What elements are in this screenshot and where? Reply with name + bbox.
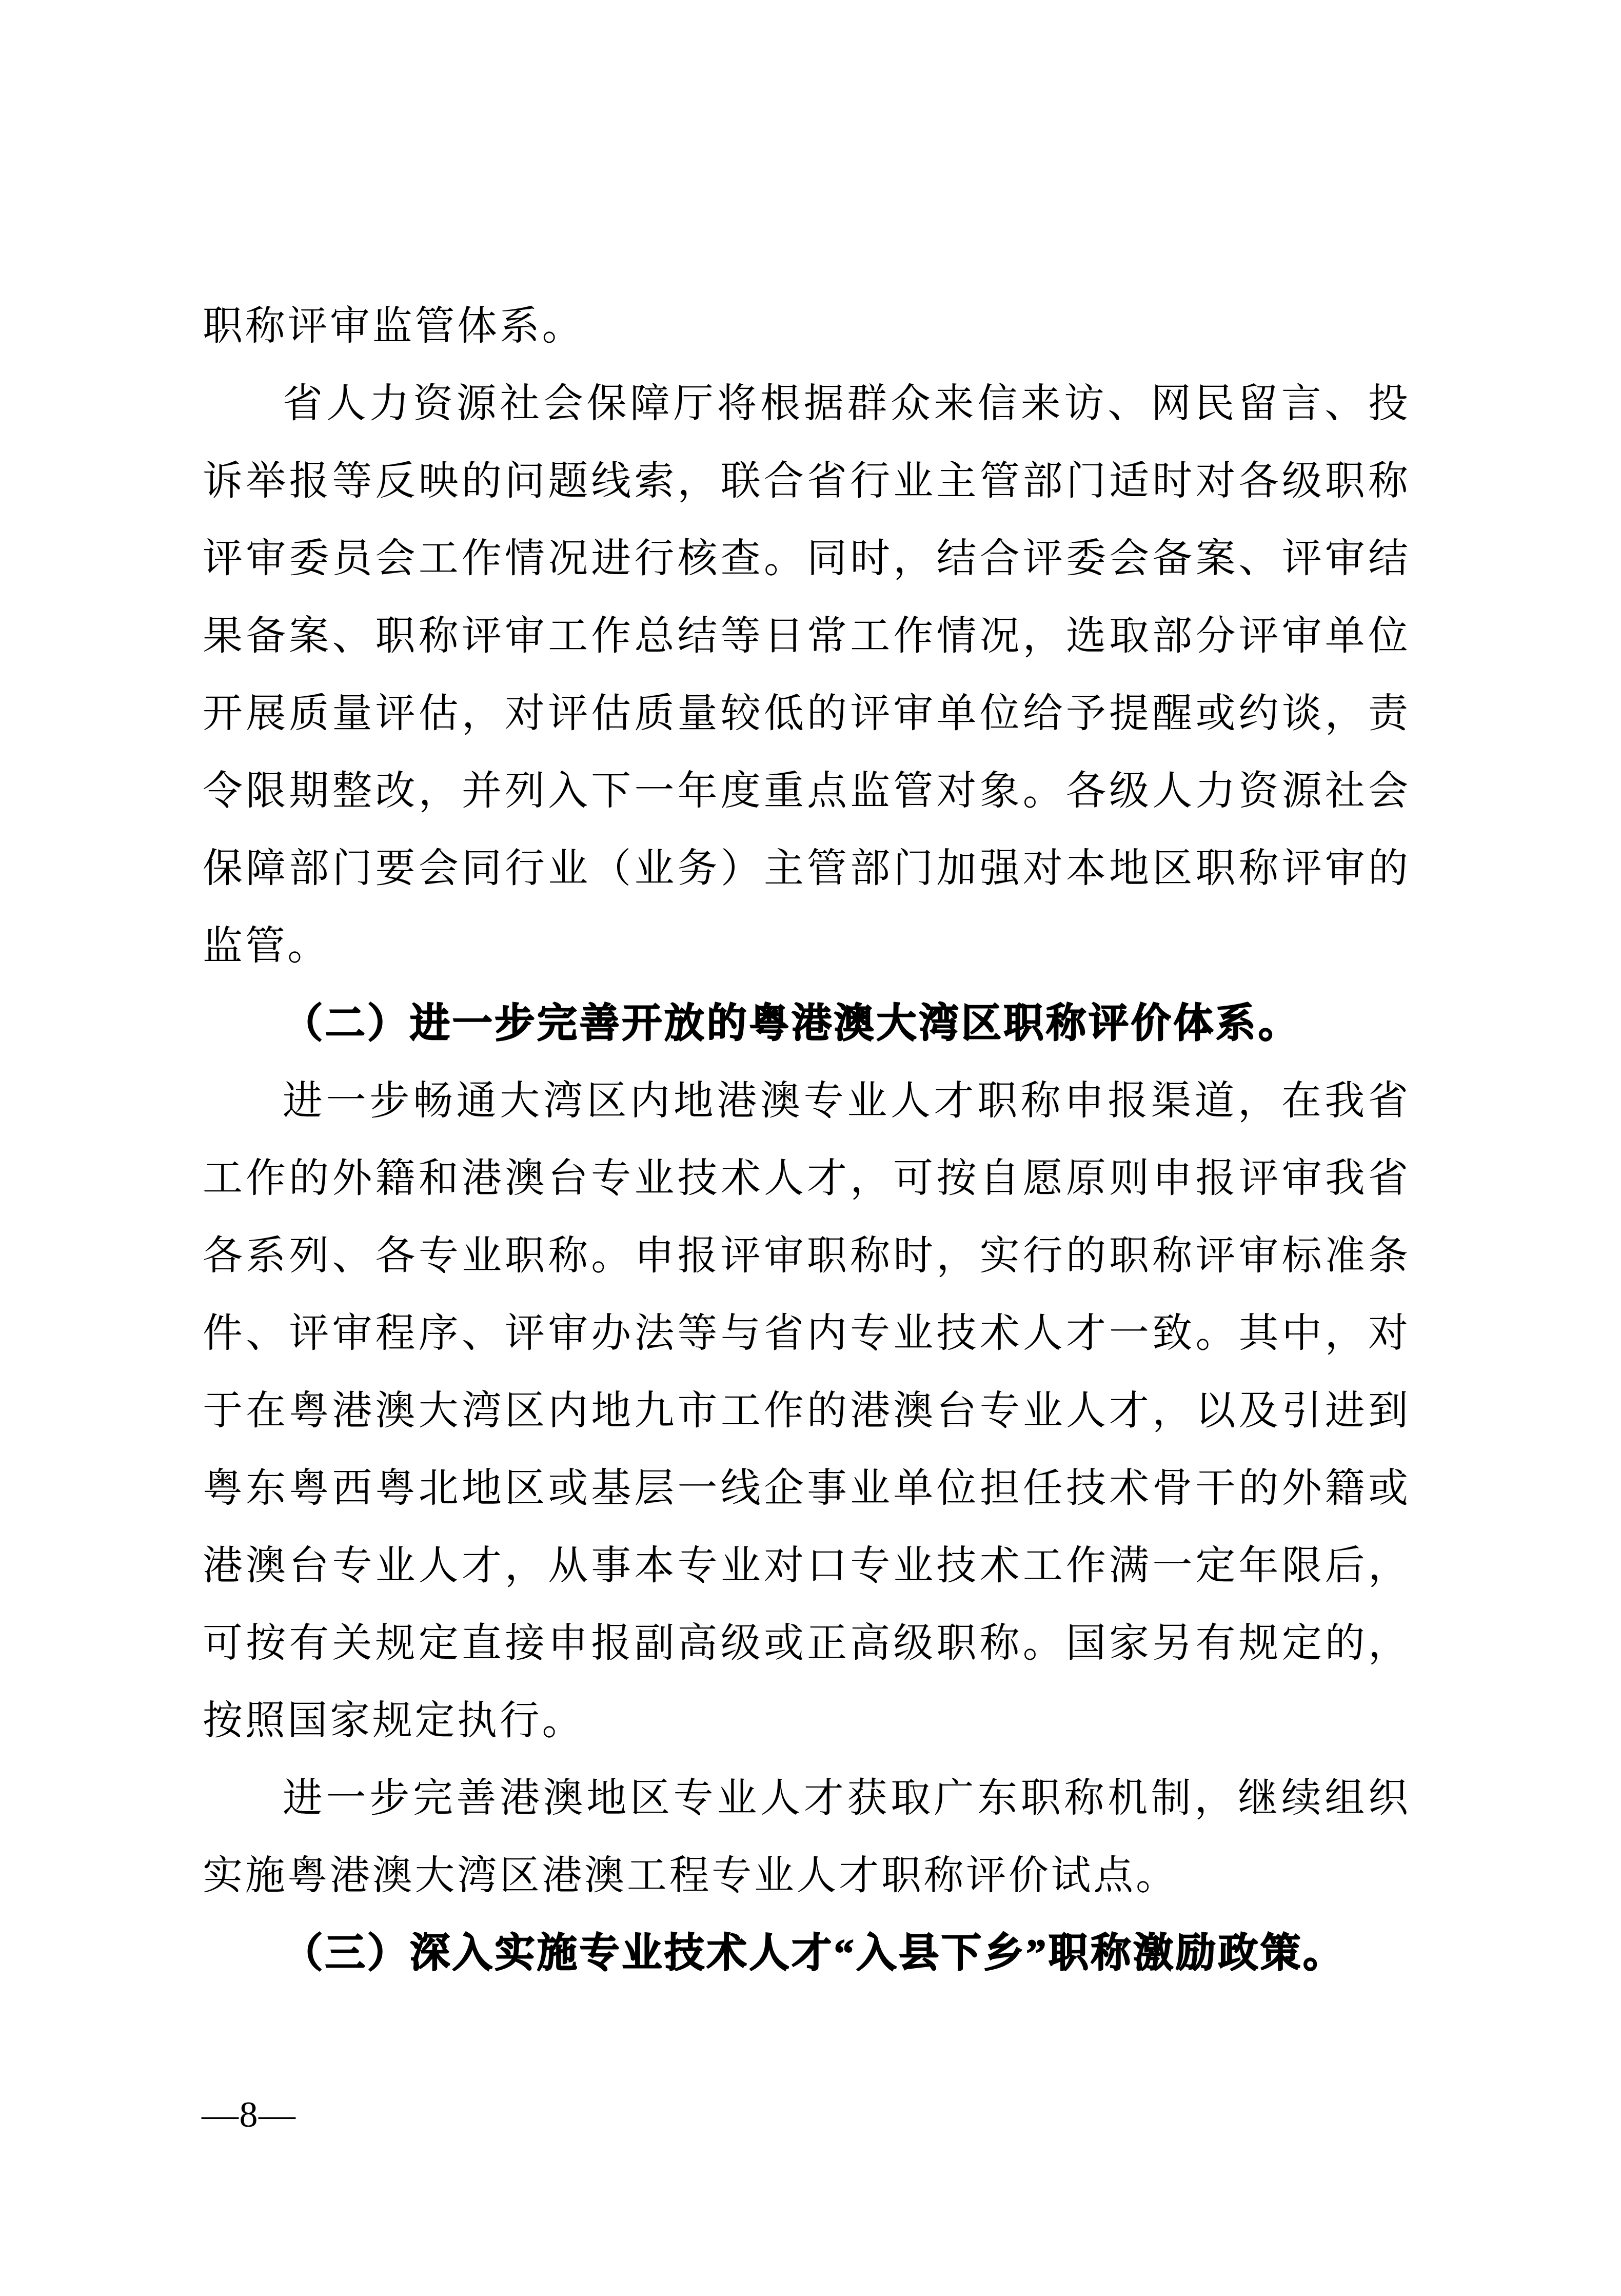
document-page: 职称评审监管体系。省人力资源社会保障厅将根据群众来信来访、网民留言、投诉举报等反… [0, 0, 1621, 2296]
paragraph: 进一步畅通大湾区内地港澳专业人才职称申报渠道，在我省工作的外籍和港澳台专业技术人… [203, 1062, 1408, 1759]
page-footer: —8— [202, 2092, 296, 2136]
text-line: 省人力资源社会保障厅将根据群众来信来访、网民留言、投 [203, 365, 1408, 442]
page-number: —8— [202, 2094, 296, 2135]
text-line: 港澳台专业人才，从事本专业对口专业技术工作满一定年限后， [203, 1527, 1408, 1604]
paragraph: 省人力资源社会保障厅将根据群众来信来访、网民留言、投诉举报等反映的问题线索，联合… [203, 365, 1408, 985]
text-line: 果备案、职称评审工作总结等日常工作情况，选取部分评审单位 [203, 597, 1408, 675]
text-line: （二）进一步完善开放的粤港澳大湾区职称评价体系。 [203, 985, 1408, 1062]
text-line: 实施粤港澳大湾区港澳工程专业人才职称评价试点。 [203, 1837, 1408, 1914]
text-line: 令限期整改，并列入下一年度重点监管对象。各级人力资源社会 [203, 752, 1408, 830]
text-line: 于在粤港澳大湾区内地九市工作的港澳台专业人才，以及引进到 [203, 1372, 1408, 1449]
text-line: （三）深入实施专业技术人才“入县下乡”职称激励政策。 [203, 1914, 1408, 1992]
text-line: 进一步完善港澳地区专业人才获取广东职称机制，继续组织 [203, 1759, 1408, 1837]
section-heading: （三）深入实施专业技术人才“入县下乡”职称激励政策。 [203, 1914, 1408, 1992]
text-line: 评审委员会工作情况进行核查。同时，结合评委会备案、评审结 [203, 520, 1408, 597]
text-line: 诉举报等反映的问题线索，联合省行业主管部门适时对各级职称 [203, 442, 1408, 520]
text-line: 职称评审监管体系。 [203, 287, 1408, 365]
text-line: 各系列、各专业职称。申报评审职称时，实行的职称评审标准条 [203, 1217, 1408, 1294]
paragraph: 进一步完善港澳地区专业人才获取广东职称机制，继续组织实施粤港澳大湾区港澳工程专业… [203, 1759, 1408, 1914]
text-line: 工作的外籍和港澳台专业技术人才，可按自愿原则申报评审我省 [203, 1140, 1408, 1217]
text-line: 保障部门要会同行业（业务）主管部门加强对本地区职称评审的 [203, 830, 1408, 907]
text-line: 监管。 [203, 907, 1408, 985]
section-heading: （二）进一步完善开放的粤港澳大湾区职称评价体系。 [203, 985, 1408, 1062]
text-line: 按照国家规定执行。 [203, 1682, 1408, 1759]
text-line: 件、评审程序、评审办法等与省内专业技术人才一致。其中，对 [203, 1294, 1408, 1372]
document-body: 职称评审监管体系。省人力资源社会保障厅将根据群众来信来访、网民留言、投诉举报等反… [203, 287, 1408, 1992]
text-line: 开展质量评估，对评估质量较低的评审单位给予提醒或约谈，责 [203, 675, 1408, 752]
text-line: 粤东粤西粤北地区或基层一线企事业单位担任技术骨干的外籍或 [203, 1449, 1408, 1527]
text-line: 可按有关规定直接申报副高级或正高级职称。国家另有规定的， [203, 1604, 1408, 1682]
text-line: 进一步畅通大湾区内地港澳专业人才职称申报渠道，在我省 [203, 1062, 1408, 1140]
paragraph: 职称评审监管体系。 [203, 287, 1408, 365]
